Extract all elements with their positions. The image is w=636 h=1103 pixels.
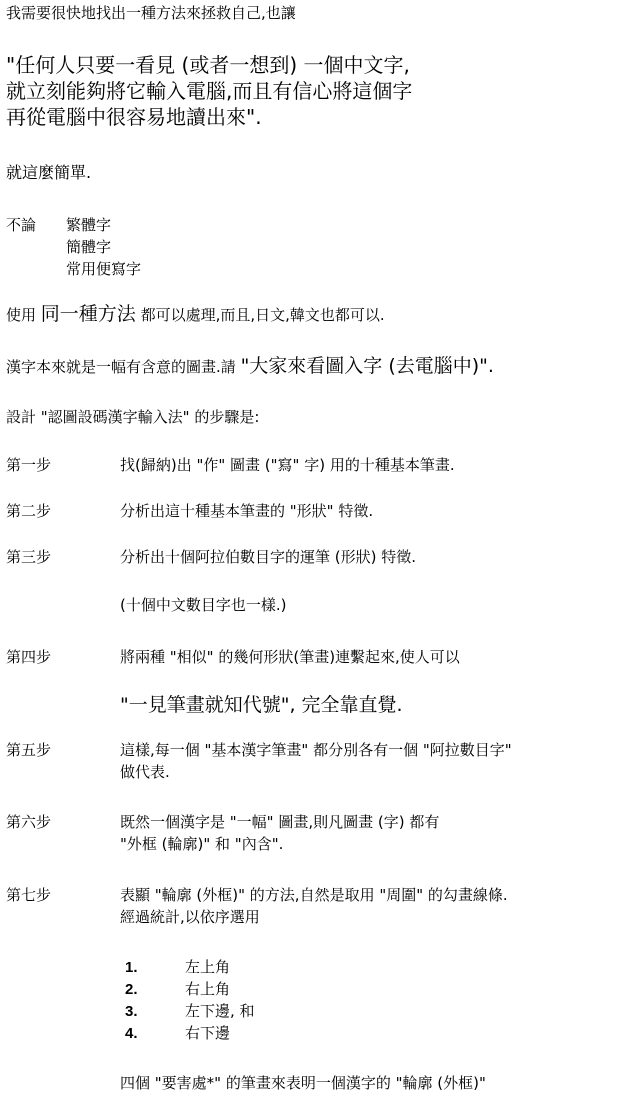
step-text: 表顯 "輪廓 (外框)" 的方法,自然是取用 "周圍" 的勾畫線條. xyxy=(120,888,508,903)
list-number: 1. xyxy=(125,960,138,975)
closing-text: 四個 "要害處*" 的筆畫來表明一個漢字的 "輪廓 (外框)" xyxy=(120,1076,486,1091)
regardless-label: 不論 xyxy=(6,218,36,233)
step-text: 分析出這十種基本筆畫的 "形狀" 特徵. xyxy=(120,504,373,519)
step-text: 這樣,每一個 "基本漢字筆畫" 都分別各有一個 "阿拉數目字" xyxy=(120,743,512,758)
list-number: 3. xyxy=(125,1004,138,1019)
same-method-highlight: 同一種方法 xyxy=(41,303,136,325)
step-label: 第七步 xyxy=(6,888,51,903)
quote-line-1: "任何人只要一看見 (或者一想到) 一個中文字, xyxy=(6,55,410,75)
step-label: 第三步 xyxy=(6,550,51,565)
step-text: 分析出十個阿拉伯數目字的運筆 (形狀) 特徵. xyxy=(120,550,416,565)
list-item: 右上角 xyxy=(185,982,230,997)
simple-statement: 就這麼簡單. xyxy=(6,165,91,181)
regardless-item: 繁體字 xyxy=(66,218,111,233)
step-label: 第二步 xyxy=(6,504,51,519)
list-number: 2. xyxy=(125,982,138,997)
step-text: 找(歸納)出 "作" 圖畫 ("寫" 字) 用的十種基本筆畫. xyxy=(120,458,455,473)
step-note: (十個中文數目字也一樣.) xyxy=(120,598,286,613)
regardless-item: 常用便寫字 xyxy=(66,262,141,277)
list-number: 4. xyxy=(125,1026,138,1041)
regardless-item: 簡體字 xyxy=(66,240,111,255)
quote-line-2: 就立刻能夠將它輸入電腦,而且有信心將這個字 xyxy=(6,81,412,101)
quote-line-3: 再從電腦中很容易地讀出來". xyxy=(6,107,262,127)
same-method-line: 使用 同一種方法 都可以處理,而且,日文,韓文也都可以. xyxy=(6,305,385,324)
step-text: 做代表. xyxy=(120,765,170,780)
picture-line: 漢字本來就是一幅有含意的圖畫.請 "大家來看圖入字 (去電腦中)". xyxy=(6,357,494,376)
step-text: "外框 (輪廓)" 和 "內含". xyxy=(120,837,283,852)
picture-highlight: "大家來看圖入字 (去電腦中)". xyxy=(241,355,494,377)
same-method-suffix: 都可以處理,而且,日文,韓文也都可以. xyxy=(141,306,385,324)
picture-prefix: 漢字本來就是一幅有含意的圖畫.請 xyxy=(6,358,236,376)
list-item: 左下邊, 和 xyxy=(185,1004,255,1019)
step-label: 第五步 xyxy=(6,743,51,758)
step-text: 經過統計,以依序選用 xyxy=(120,910,260,925)
intro-text: 我需要很快地找出一種方法來拯救自己,也讓 xyxy=(6,6,296,21)
step-label: 第一步 xyxy=(6,458,51,473)
step-label: 第六步 xyxy=(6,815,51,830)
step-text: 將兩種 "相似" 的幾何形狀(筆畫)連繫起來,使人可以 xyxy=(120,650,460,665)
list-item: 右下邊 xyxy=(185,1026,230,1041)
same-method-prefix: 使用 xyxy=(6,306,36,324)
step-text: 既然一個漢字是 "一幅" 圖畫,則凡圖畫 (字) 都有 xyxy=(120,815,439,830)
list-item: 左上角 xyxy=(185,960,230,975)
step-note: "一見筆畫就知代號", 完全靠直覺. xyxy=(120,696,403,715)
step-label: 第四步 xyxy=(6,650,51,665)
design-intro: 設計 "認圖設碼漢字輸入法" 的步驟是: xyxy=(6,410,259,425)
